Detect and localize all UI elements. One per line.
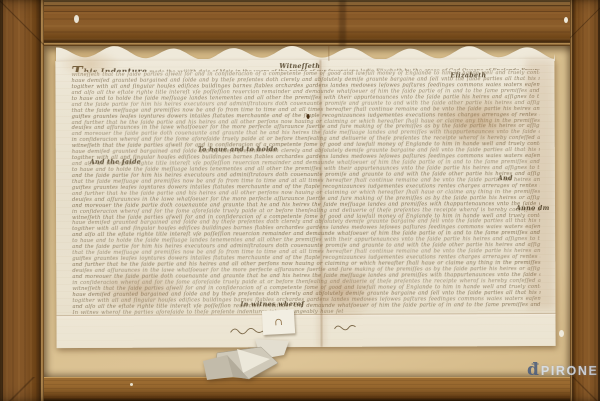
script-keyword: Anno dm [516,205,550,212]
script-lines: This Indenture made the xxiiijth daie of… [71,61,540,315]
signature-squiggle-right [333,322,361,334]
script-keyword: And [498,175,513,182]
frame-miter-bottom-left [0,377,44,401]
frame-right-rail [570,0,600,401]
script-keyword: Witneſſeth [279,63,320,70]
frame-miter-top-left [0,0,44,46]
paper-label: ∩ [262,309,295,335]
label-mark: ∩ [274,316,283,327]
mat-speck-top-right [564,17,568,23]
top-crease-mark [328,46,329,61]
frame-miter-top-right [570,0,600,46]
decorated-initial: T [71,63,83,72]
script-keyword: And the ſaide [90,159,141,166]
watermark-text: PIRONE [541,364,599,378]
frame-left-rail [0,0,44,401]
mat-speck-bottom-right [559,330,564,337]
watermark-logo-glyph: đ [527,360,539,380]
watermark: đ PIRONE [527,360,598,380]
paint-chip-speck [74,15,79,23]
wood-grain-streak [339,0,346,46]
frame-miter-bottom-right [570,377,600,401]
script-line: In witnes wherof the parties aforeſaide … [72,308,343,315]
rail-speck [130,383,133,386]
script-keyword: In witnes wherof [240,301,304,308]
worm-hole [307,114,310,119]
framed-document-photo: This Indenture made the xxiiijth daie of… [0,0,600,401]
seal-tag [203,339,307,383]
parchment-document: This Indenture made the xxiiijth daie of… [55,59,555,348]
script-keyword: To haue and to holde [198,146,278,153]
frame-top-rail [0,0,600,46]
script-keyword: Elizabeth [450,72,486,79]
